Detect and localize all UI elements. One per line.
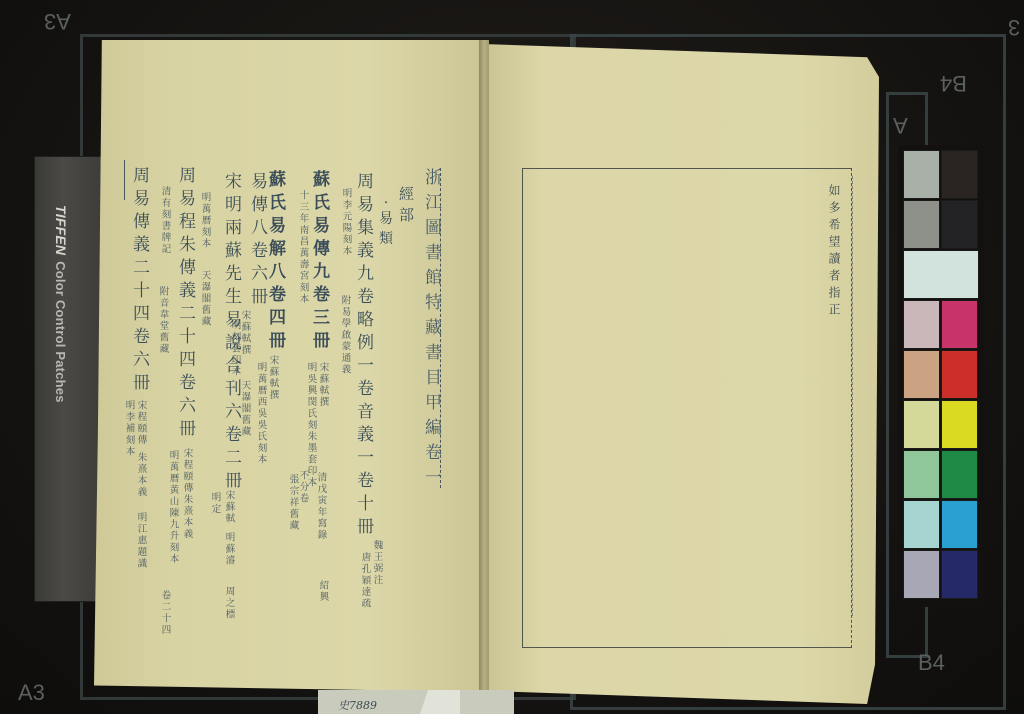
entry-note: 朱熹本義 [136,452,146,498]
entry-note: 清戊寅年寫錄 [316,472,326,541]
right-page-frame [522,168,852,648]
entry-note: 明蘇濬 [224,532,234,567]
entry-note: 宋蘇軾 [224,490,234,525]
guide-label-a3-bottom: A3 [18,680,45,706]
color-patch [903,400,940,449]
tiffen-caption: Color Control Patches [53,261,68,402]
entry-title: 蘇氏易解八卷四冊 [266,170,283,354]
guide-label-a: A [893,112,908,138]
call-number-text: 史7889 [338,697,377,713]
entry-note: 明李補刻本 [124,400,134,458]
color-patch [903,150,940,199]
guide-label-3: 3 [1008,14,1020,40]
guide-label-a3-top: A3 [44,8,71,34]
color-patch [941,500,978,549]
entry-note: 紹興 [318,580,328,603]
entry-title: 易傳八卷六冊 [248,172,265,310]
color-patch [941,450,978,499]
color-patch [941,200,978,249]
entry-note: 宋蘇軾撰 [318,362,328,408]
color-patch [903,450,940,499]
tiffen-brand: TIFFEN [53,205,69,255]
subsection-heading: ·易類 [378,200,392,250]
entry-note: 唐孔穎達疏 [360,552,370,610]
color-patch [903,300,940,349]
color-patch [903,350,940,399]
entry-title: 周易集義九卷略例一卷音義一卷十冊 [354,172,371,540]
entry-note: 明李元陽刻本 [341,188,351,257]
catalog-title: 浙江圖書館特藏書目甲編卷一 [422,168,439,493]
entry-note: 天瀑閣舊藏 [240,380,250,438]
entry-note: 不分卷 [298,470,308,505]
color-patch [941,300,978,349]
entry-note: 附音韋堂舊藏 [158,286,168,355]
entry-title: 周易程朱傳義二十四卷六冊 [176,166,193,442]
right-page-inscription: 如多希望讀者指正 [828,184,840,320]
right-frame-inner-rule [852,176,853,616]
entry-note: 天瀑閣舊藏 [200,270,210,328]
color-patch [941,400,978,449]
entry-marker [124,160,125,200]
entry-title: 周易傳義二十四卷六冊 [130,166,147,396]
section-heading: 經部 [398,186,413,228]
entry-note: 宋程頤傳 [136,400,146,446]
entry-note: 宋程頤傳 [182,448,192,494]
tiffen-label: TIFFENColor Control Patches [53,205,69,403]
color-patch [903,550,940,599]
entry-note: 朱熹本義 [182,494,192,540]
entry-note: 明萬曆西吳吳氏刻本 [256,362,266,466]
color-patch [903,250,979,299]
entry-title: 宋明兩蘇先生易說合刊六卷二冊 [222,172,239,494]
entry-note: 明萬曆黃山陳九升刻本 [168,450,178,565]
entry-note: 張宗祥舊藏 [288,474,298,532]
entry-title: 蘇氏易傳九卷三冊 [310,170,327,354]
entry-note: 魏王弼注 [372,540,382,586]
color-patch [903,500,940,549]
color-patch [941,150,978,199]
color-patch [941,350,978,399]
entry-note: 十三年南昌萬壽宮刻本 [298,190,308,305]
entry-note: 周之標 [224,586,234,621]
entry-note: 明定 [210,492,220,515]
entry-note: 宋蘇軾撰 [268,355,278,401]
tiffen-color-strip [34,156,106,602]
color-patch [903,200,940,249]
book-gutter [479,40,489,696]
guide-label-b4-bottom: B4 [918,650,945,676]
guide-label-b4-top: B4 [940,70,967,96]
color-patch [941,550,978,599]
entry-note: 卷二十四 [160,590,170,636]
entry-note: 明江惠題識 [136,512,146,570]
entry-note: 明萬曆刻本 [200,192,210,250]
entry-note: 附易學啟蒙通義 [340,295,350,376]
entry-note: 清有刻書牌記 [160,186,170,255]
entry-note: 宋蘇軾撰 [240,310,250,356]
